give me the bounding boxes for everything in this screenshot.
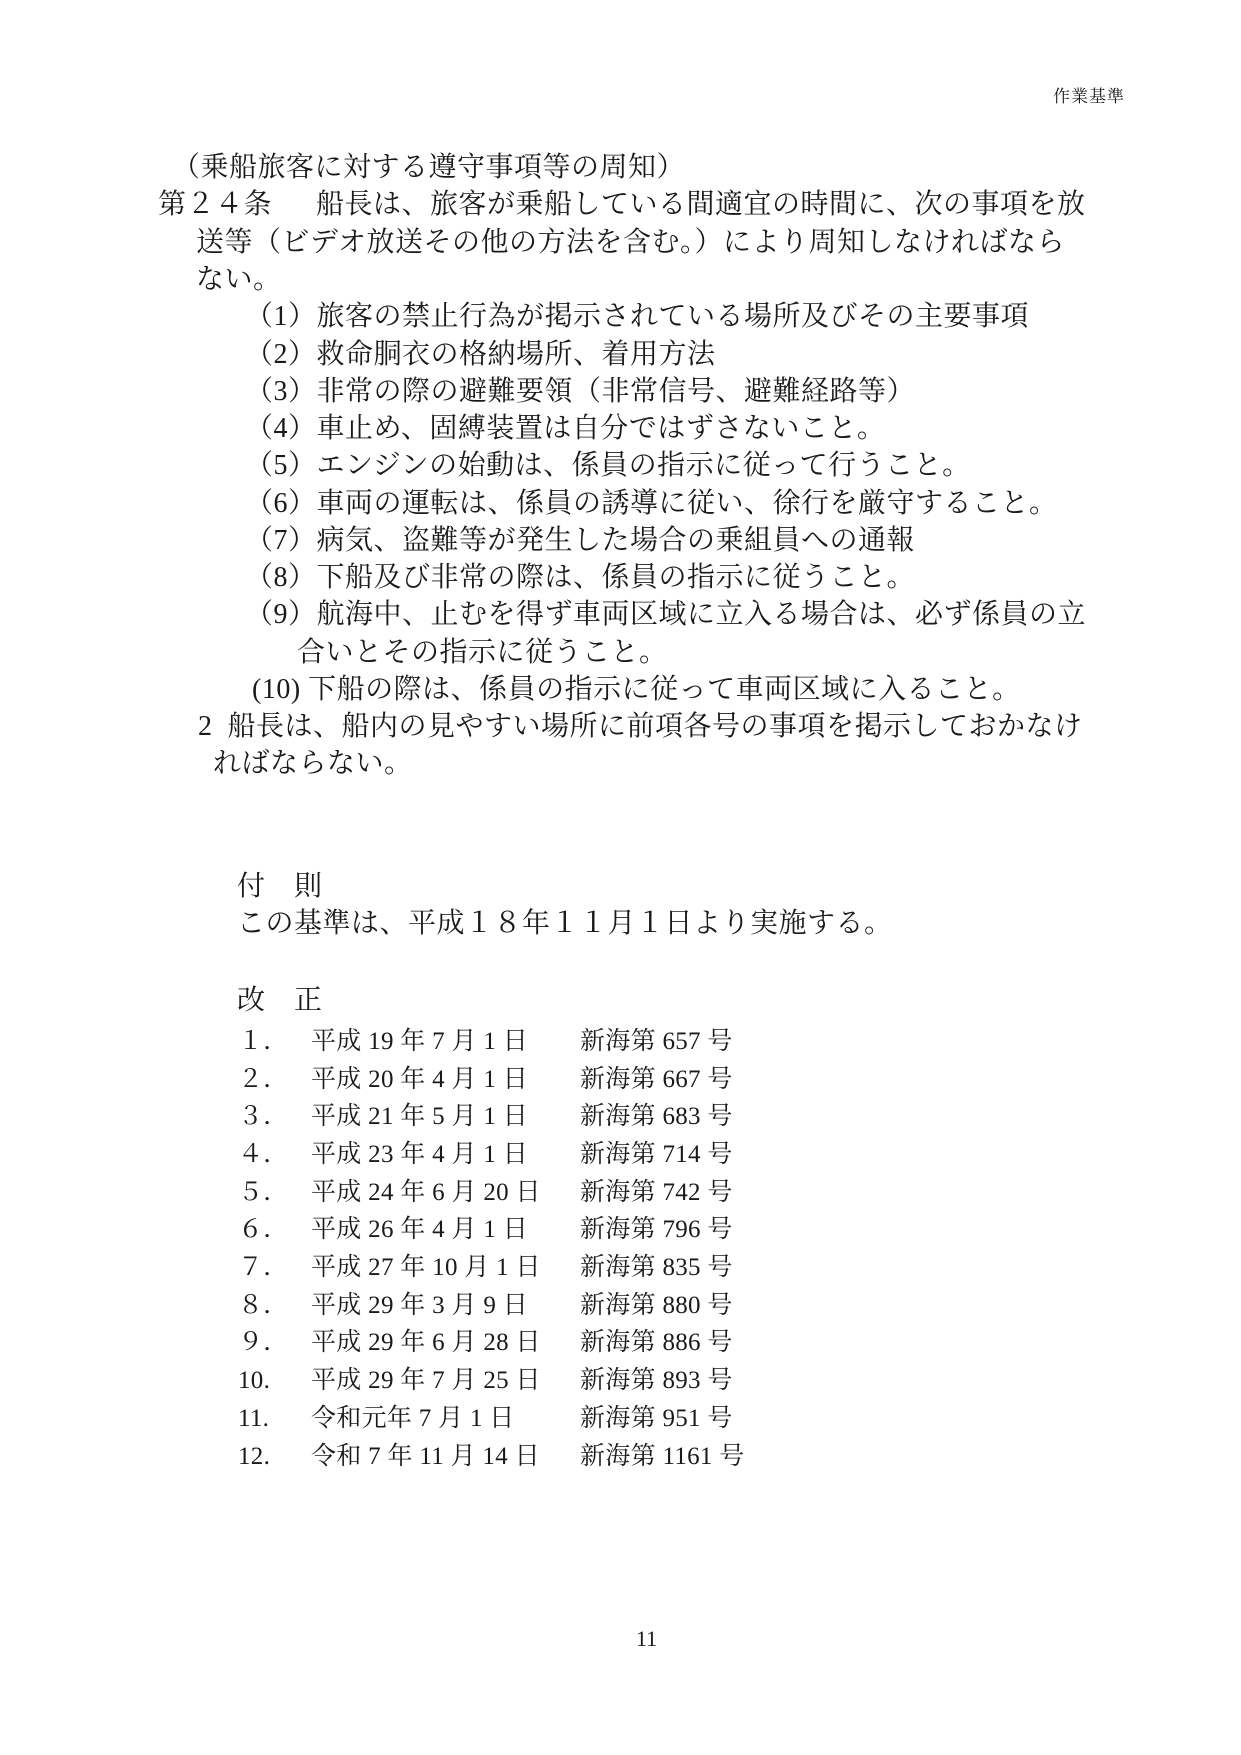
amendment-number: ９． [238,1329,311,1358]
amendment-number: ３． [238,1103,311,1132]
article-item-9: （9）航海中、止むを得ず車両区域に立入る場合は、必ず係員の立 [245,599,1086,631]
amendment-row-4: ４．平成 23 年 4 月 1 日新海第 714 号 [238,1141,733,1170]
amendment-doc-number: 新海第 714 号 [580,1141,733,1168]
amendment-row-6: ６．平成 26 年 4 月 1 日新海第 796 号 [238,1216,733,1245]
amendment-row-11: 11.令和元年 7 月 1 日新海第 951 号 [238,1405,733,1434]
amendment-row-2: ２．平成 20 年 4 月 1 日新海第 667 号 [238,1066,733,1095]
amendment-doc-number: 新海第 880 号 [580,1292,733,1319]
amendment-row-5: ５．平成 24 年 6 月 20 日新海第 742 号 [238,1179,733,1208]
article-item-7: （7）病気、盗難等が発生した場合の乗組員への通報 [245,525,915,557]
article-item-6: （6）車両の運転は、係員の誘導に従い、徐行を厳守すること。 [245,488,1058,520]
amendment-doc-number: 新海第 667 号 [580,1066,733,1093]
amendment-doc-number: 新海第 886 号 [580,1329,733,1356]
clause-text-line-2: 送等（ビデオ放送その他の方法を含む。）により周知しなければなら [196,227,1065,259]
amendment-date: 平成 19 年 7 月 1 日 [311,1028,580,1057]
paragraph-2-text-line-2: ればならない。 [213,748,413,780]
amendment-doc-number: 新海第 893 号 [580,1367,733,1394]
amendment-date: 平成 29 年 7 月 25 日 [311,1367,580,1396]
amendment-number: ５． [238,1179,311,1208]
amendment-row-8: ８．平成 29 年 3 月 9 日新海第 880 号 [238,1292,733,1321]
article-heading: （乗船旅客に対する遵守事項等の周知） [172,152,685,184]
amendment-doc-number: 新海第 835 号 [580,1254,733,1281]
amendment-date: 平成 29 年 6 月 28 日 [311,1329,580,1358]
paragraph-2-number: 2 [198,711,213,742]
amendment-doc-number: 新海第 657 号 [580,1028,733,1055]
amendment-date: 令和 7 年 11 月 14 日 [311,1443,580,1472]
supplement-heading: 付 則 [237,871,323,903]
running-header: 作業基準 [1053,82,1125,107]
page-number: 11 [636,1626,657,1652]
article-item-5: （5）エンジンの始動は、係員の指示に従って行うこと。 [245,450,971,482]
amendment-doc-number: 新海第 683 号 [580,1103,733,1130]
amendment-date: 平成 23 年 4 月 1 日 [311,1141,580,1170]
amendment-row-7: ７．平成 27 年 10 月 1 日新海第 835 号 [238,1254,733,1283]
clause-text-line-1: 船長は、旅客が乗船している間適宜の時間に、次の事項を放 [316,189,1086,220]
amendment-number: ８． [238,1292,311,1321]
amendment-number: ２． [238,1066,311,1095]
amendment-number: 12. [238,1443,311,1472]
article-paragraph-2: 2船長は、船内の見やすい場所に前項各号の事項を掲示しておかなけ [198,711,1083,743]
amendment-row-10: 10.平成 29 年 7 月 25 日新海第 893 号 [238,1367,733,1396]
amendment-date: 平成 24 年 6 月 20 日 [311,1179,580,1208]
clause-text-line-3: ない。 [196,264,282,296]
amendment-row-3: ３．平成 21 年 5 月 1 日新海第 683 号 [238,1103,733,1132]
amendment-number: ７． [238,1254,311,1283]
amendment-row-1: １．平成 19 年 7 月 1 日新海第 657 号 [238,1028,733,1057]
article-item-3: （3）非常の際の避難要領（非常信号、避難経路等） [245,376,915,408]
amendment-number: ６． [238,1216,311,1245]
amendment-number: ４． [238,1141,311,1170]
amendment-row-9: ９．平成 29 年 6 月 28 日新海第 886 号 [238,1329,733,1358]
article-item-2: （2）救命胴衣の格納場所、着用方法 [245,339,716,371]
amendment-row-12: 12.令和 7 年 11 月 14 日新海第 1161 号 [238,1443,745,1472]
amendment-number: １． [238,1028,311,1057]
amendment-date: 平成 26 年 4 月 1 日 [311,1216,580,1245]
article-item-10: (10) 下船の際は、係員の指示に従って車両区域に入ること。 [252,674,1021,706]
amendment-doc-number: 新海第 742 号 [580,1179,733,1206]
article-item-9-continuation: 合いとその指示に従うこと。 [297,637,668,669]
amendment-number: 11. [238,1405,311,1434]
article-item-1: （1）旅客の禁止行為が掲示されている場所及びその主要事項 [245,301,1029,333]
paragraph-2-text-line-1: 船長は、船内の見やすい場所に前項各号の事項を掲示しておかなけ [228,711,1083,742]
amendment-doc-number: 新海第 796 号 [580,1216,733,1243]
amendment-doc-number: 新海第 951 号 [580,1405,733,1432]
document-page: 作業基準 （乗船旅客に対する遵守事項等の周知） 第２４条船長は、旅客が乗船してい… [0,0,1241,1755]
amendments-heading: 改 正 [237,985,323,1017]
article-clause-line-1: 第２４条船長は、旅客が乗船している間適宜の時間に、次の事項を放 [158,189,1086,221]
amendment-number: 10. [238,1367,311,1396]
amendment-date: 平成 29 年 3 月 9 日 [311,1292,580,1321]
article-item-4: （4）車止め、固縛装置は自分ではずさないこと。 [245,413,885,445]
amendment-date: 平成 20 年 4 月 1 日 [311,1066,580,1095]
amendment-date: 平成 27 年 10 月 1 日 [311,1254,580,1283]
amendment-date: 平成 21 年 5 月 1 日 [311,1103,580,1132]
supplement-text: この基準は、平成１８年１１月１日より実施する。 [237,908,893,940]
amendment-date: 令和元年 7 月 1 日 [311,1405,580,1434]
article-item-8: （8）下船及び非常の際は、係員の指示に従うこと。 [245,562,915,594]
clause-number: 第２４条 [158,189,272,220]
amendment-doc-number: 新海第 1161 号 [580,1443,745,1470]
